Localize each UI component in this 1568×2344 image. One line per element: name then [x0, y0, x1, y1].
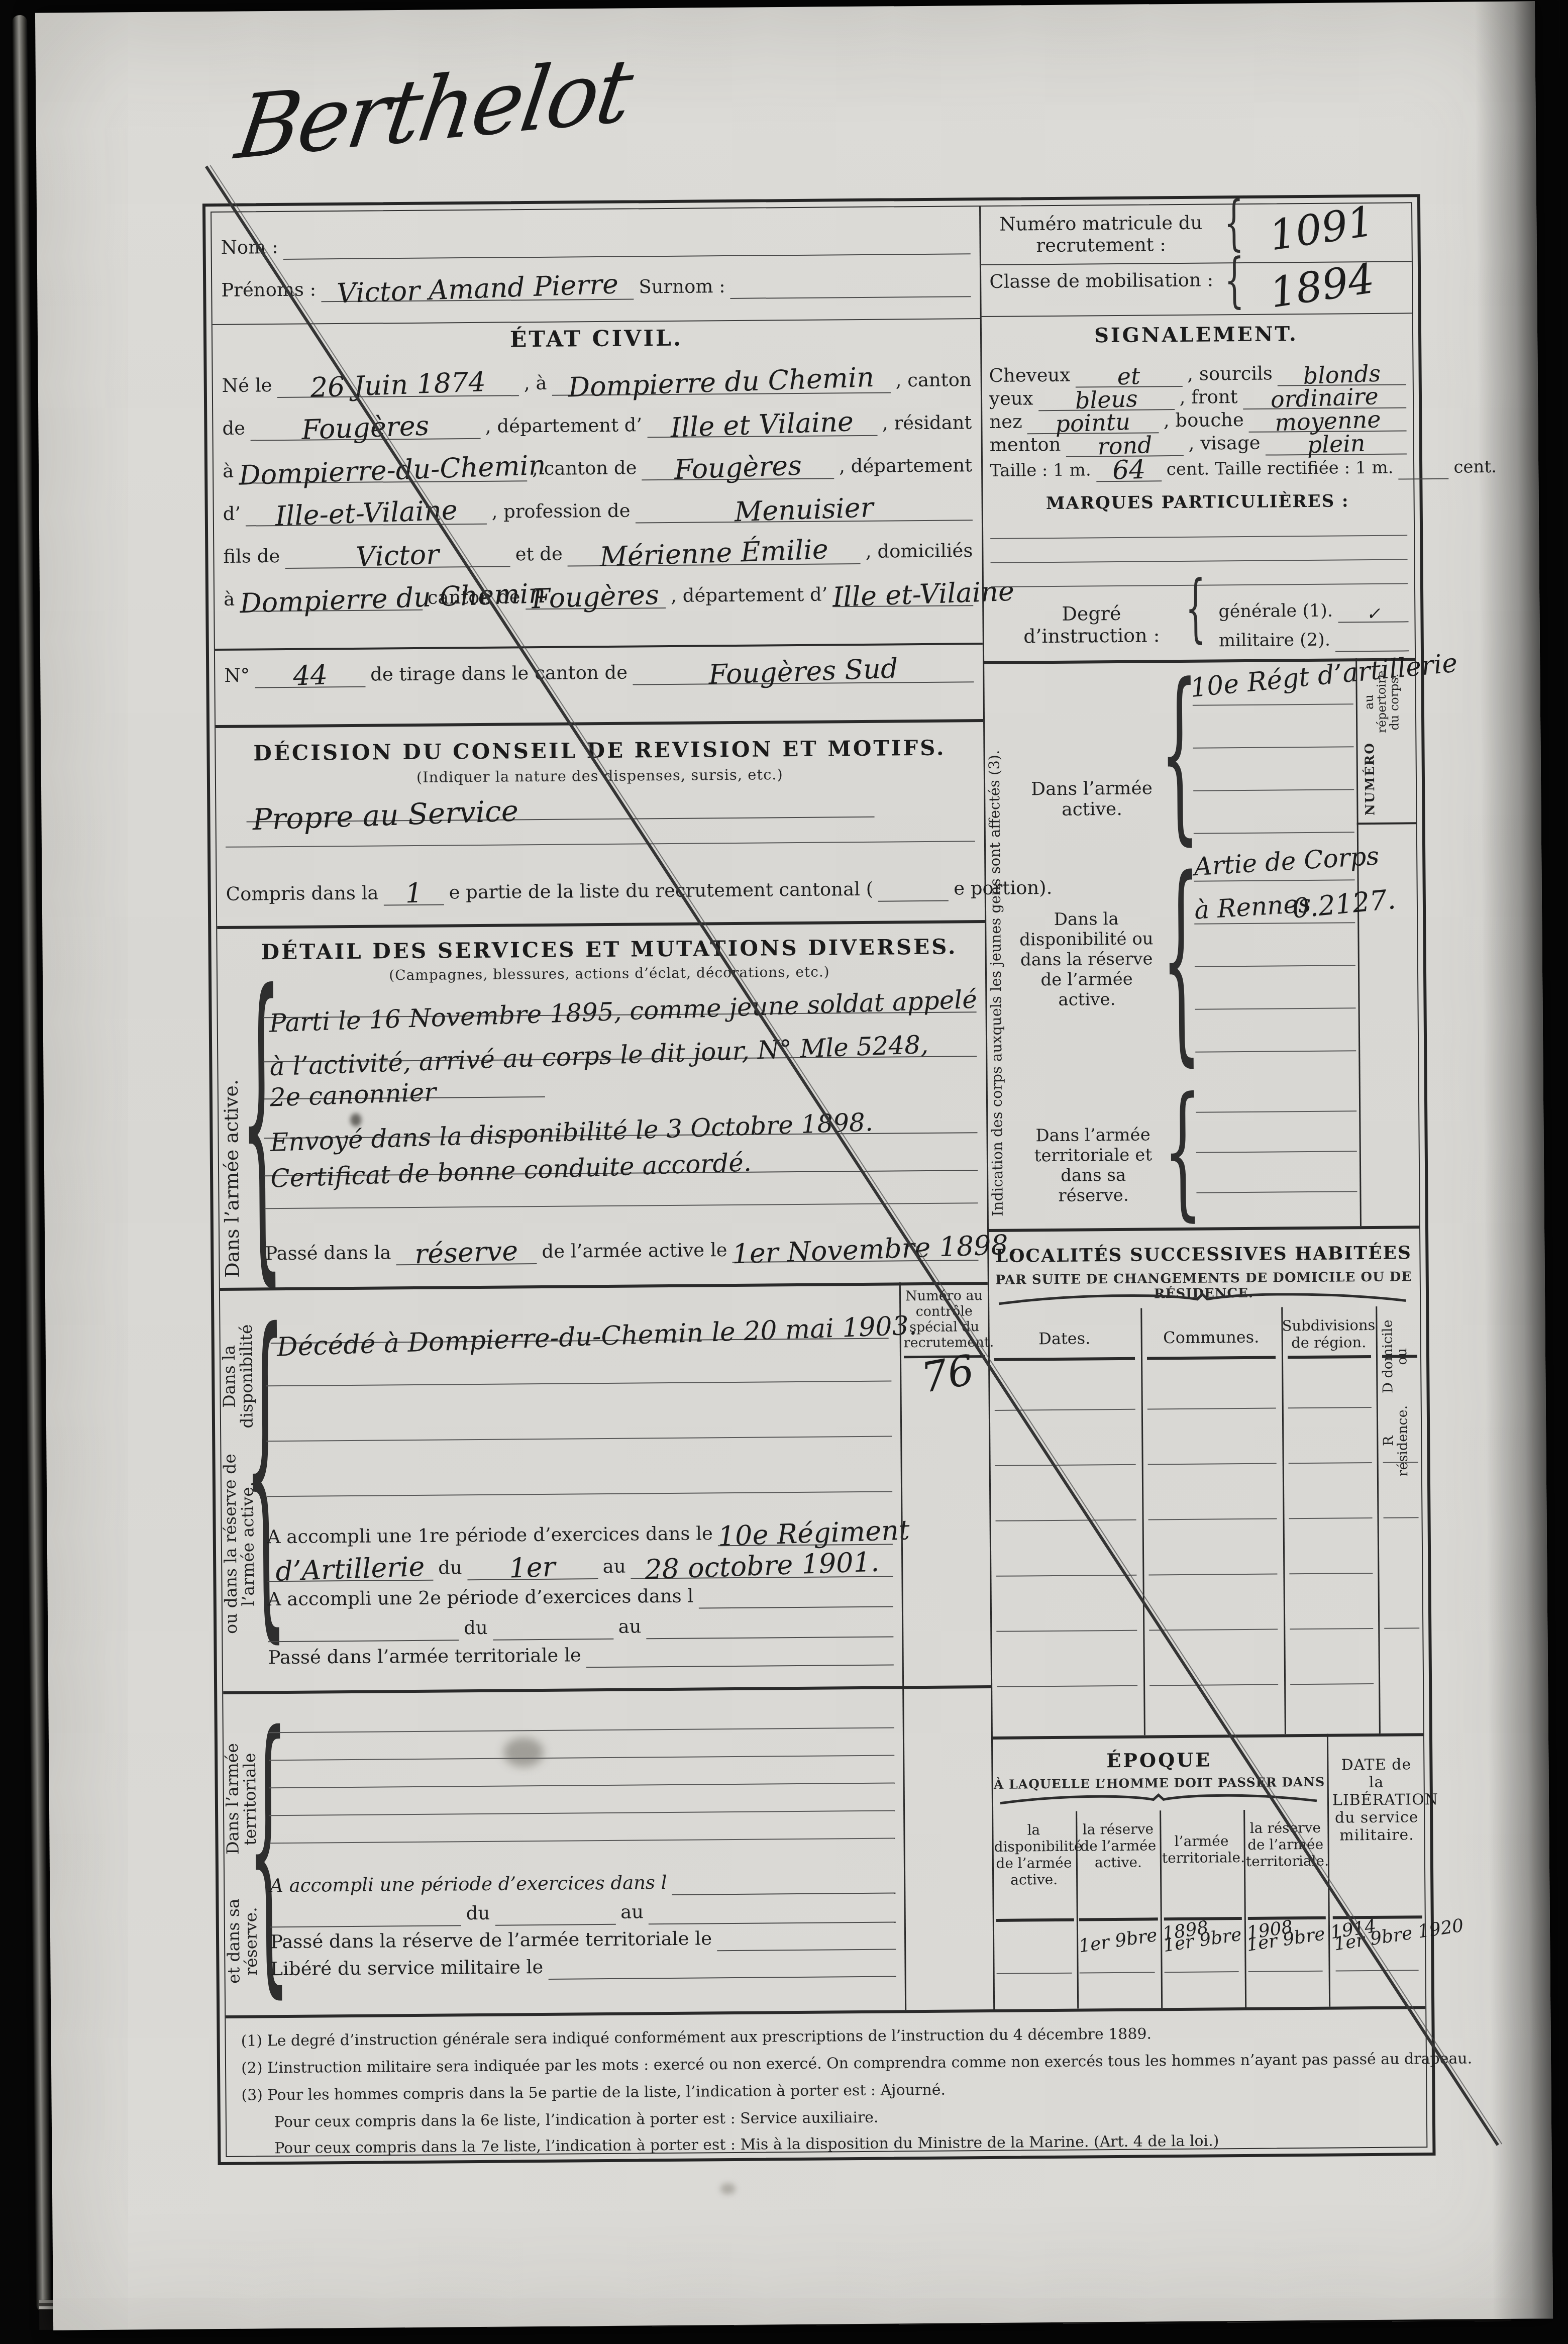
scan-page: { "scan": {"signature": "Berthelot"}, "i…	[0, 0, 1568, 2344]
cancellation-line	[35, 1, 1553, 2330]
record-sheet: Berthelot Nom : Prénoms : Victor Amand P…	[35, 1, 1553, 2330]
